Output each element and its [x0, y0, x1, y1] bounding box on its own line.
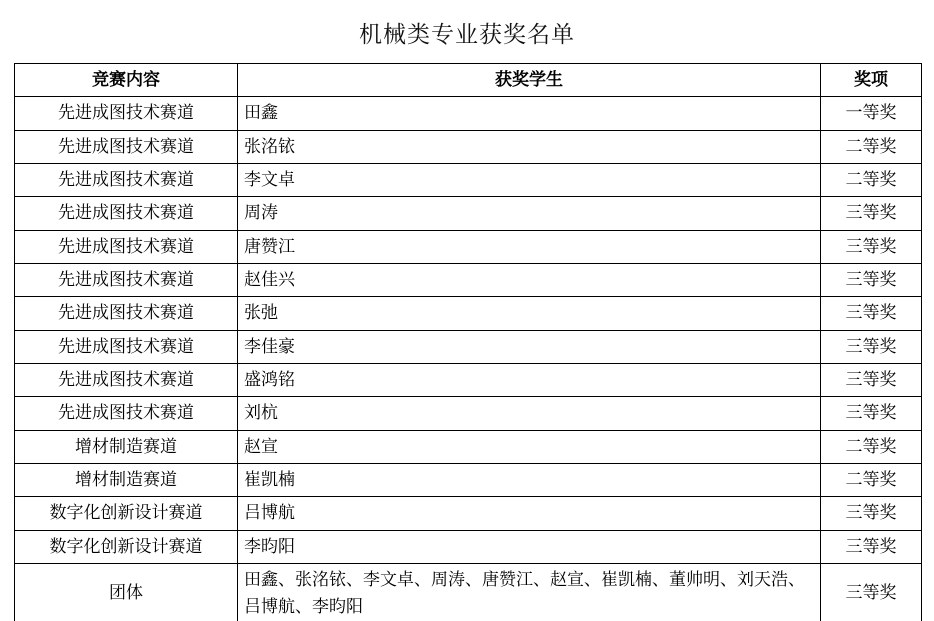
- cell-award: 三等奖: [821, 230, 922, 263]
- cell-students: 周涛: [238, 197, 821, 230]
- table-row: 先进成图技术赛道盛鸿铭三等奖: [15, 364, 922, 397]
- table-row: 先进成图技术赛道田鑫一等奖: [15, 97, 922, 130]
- cell-students: 田鑫、张洺铱、李文卓、周涛、唐赞江、赵宣、崔凯楠、董帅明、刘天浩、吕博航、李昀阳: [238, 564, 821, 621]
- cell-students: 赵佳兴: [238, 264, 821, 297]
- table-row: 增材制造赛道崔凯楠二等奖: [15, 464, 922, 497]
- cell-competition: 先进成图技术赛道: [15, 364, 238, 397]
- table-row: 先进成图技术赛道赵佳兴三等奖: [15, 264, 922, 297]
- cell-award: 二等奖: [821, 464, 922, 497]
- cell-competition: 先进成图技术赛道: [15, 397, 238, 430]
- table-body: 先进成图技术赛道田鑫一等奖先进成图技术赛道张洺铱二等奖先进成图技术赛道李文卓二等…: [15, 97, 922, 621]
- cell-award: 三等奖: [821, 330, 922, 363]
- cell-competition: 先进成图技术赛道: [15, 264, 238, 297]
- table-row: 增材制造赛道赵宣二等奖: [15, 430, 922, 463]
- table-row: 数字化创新设计赛道吕博航三等奖: [15, 497, 922, 530]
- cell-award: 三等奖: [821, 297, 922, 330]
- cell-competition: 先进成图技术赛道: [15, 197, 238, 230]
- table-row: 先进成图技术赛道张洺铱二等奖: [15, 130, 922, 163]
- cell-award: 三等奖: [821, 197, 922, 230]
- cell-award: 三等奖: [821, 497, 922, 530]
- cell-competition: 数字化创新设计赛道: [15, 530, 238, 563]
- cell-students: 李文卓: [238, 164, 821, 197]
- cell-award: 三等奖: [821, 397, 922, 430]
- header-competition: 竞赛内容: [15, 64, 238, 97]
- table-row: 先进成图技术赛道周涛三等奖: [15, 197, 922, 230]
- cell-award: 二等奖: [821, 164, 922, 197]
- cell-students: 崔凯楠: [238, 464, 821, 497]
- cell-students: 田鑫: [238, 97, 821, 130]
- header-students: 获奖学生: [238, 64, 821, 97]
- cell-students: 李昀阳: [238, 530, 821, 563]
- cell-competition: 数字化创新设计赛道: [15, 497, 238, 530]
- cell-competition: 团体: [15, 564, 238, 621]
- cell-students: 唐赞江: [238, 230, 821, 263]
- award-table: 竞赛内容 获奖学生 奖项 先进成图技术赛道田鑫一等奖先进成图技术赛道张洺铱二等奖…: [14, 63, 922, 621]
- cell-students: 盛鸿铭: [238, 364, 821, 397]
- cell-competition: 先进成图技术赛道: [15, 97, 238, 130]
- header-award: 奖项: [821, 64, 922, 97]
- document-page: 机械类专业获奖名单 竞赛内容 获奖学生 奖项 先进成图技术赛道田鑫一等奖先进成图…: [0, 0, 934, 621]
- table-row: 先进成图技术赛道唐赞江三等奖: [15, 230, 922, 263]
- cell-award: 三等奖: [821, 530, 922, 563]
- table-row: 先进成图技术赛道李文卓二等奖: [15, 164, 922, 197]
- table-row: 先进成图技术赛道李佳豪三等奖: [15, 330, 922, 363]
- header-row: 竞赛内容 获奖学生 奖项: [15, 64, 922, 97]
- page-title: 机械类专业获奖名单: [0, 0, 934, 49]
- cell-competition: 增材制造赛道: [15, 464, 238, 497]
- cell-competition: 先进成图技术赛道: [15, 164, 238, 197]
- cell-competition: 先进成图技术赛道: [15, 130, 238, 163]
- cell-competition: 增材制造赛道: [15, 430, 238, 463]
- cell-students: 赵宣: [238, 430, 821, 463]
- cell-award: 二等奖: [821, 430, 922, 463]
- table-row: 先进成图技术赛道刘杭三等奖: [15, 397, 922, 430]
- cell-award: 三等奖: [821, 564, 922, 621]
- cell-students: 吕博航: [238, 497, 821, 530]
- table-row: 团体田鑫、张洺铱、李文卓、周涛、唐赞江、赵宣、崔凯楠、董帅明、刘天浩、吕博航、李…: [15, 564, 922, 621]
- cell-students: 刘杭: [238, 397, 821, 430]
- cell-award: 一等奖: [821, 97, 922, 130]
- table-header: 竞赛内容 获奖学生 奖项: [15, 64, 922, 97]
- table-row: 数字化创新设计赛道李昀阳三等奖: [15, 530, 922, 563]
- cell-competition: 先进成图技术赛道: [15, 297, 238, 330]
- cell-award: 三等奖: [821, 264, 922, 297]
- cell-students: 李佳豪: [238, 330, 821, 363]
- cell-award: 二等奖: [821, 130, 922, 163]
- table-row: 先进成图技术赛道张弛三等奖: [15, 297, 922, 330]
- cell-students: 张洺铱: [238, 130, 821, 163]
- cell-students: 张弛: [238, 297, 821, 330]
- cell-competition: 先进成图技术赛道: [15, 330, 238, 363]
- cell-award: 三等奖: [821, 364, 922, 397]
- cell-competition: 先进成图技术赛道: [15, 230, 238, 263]
